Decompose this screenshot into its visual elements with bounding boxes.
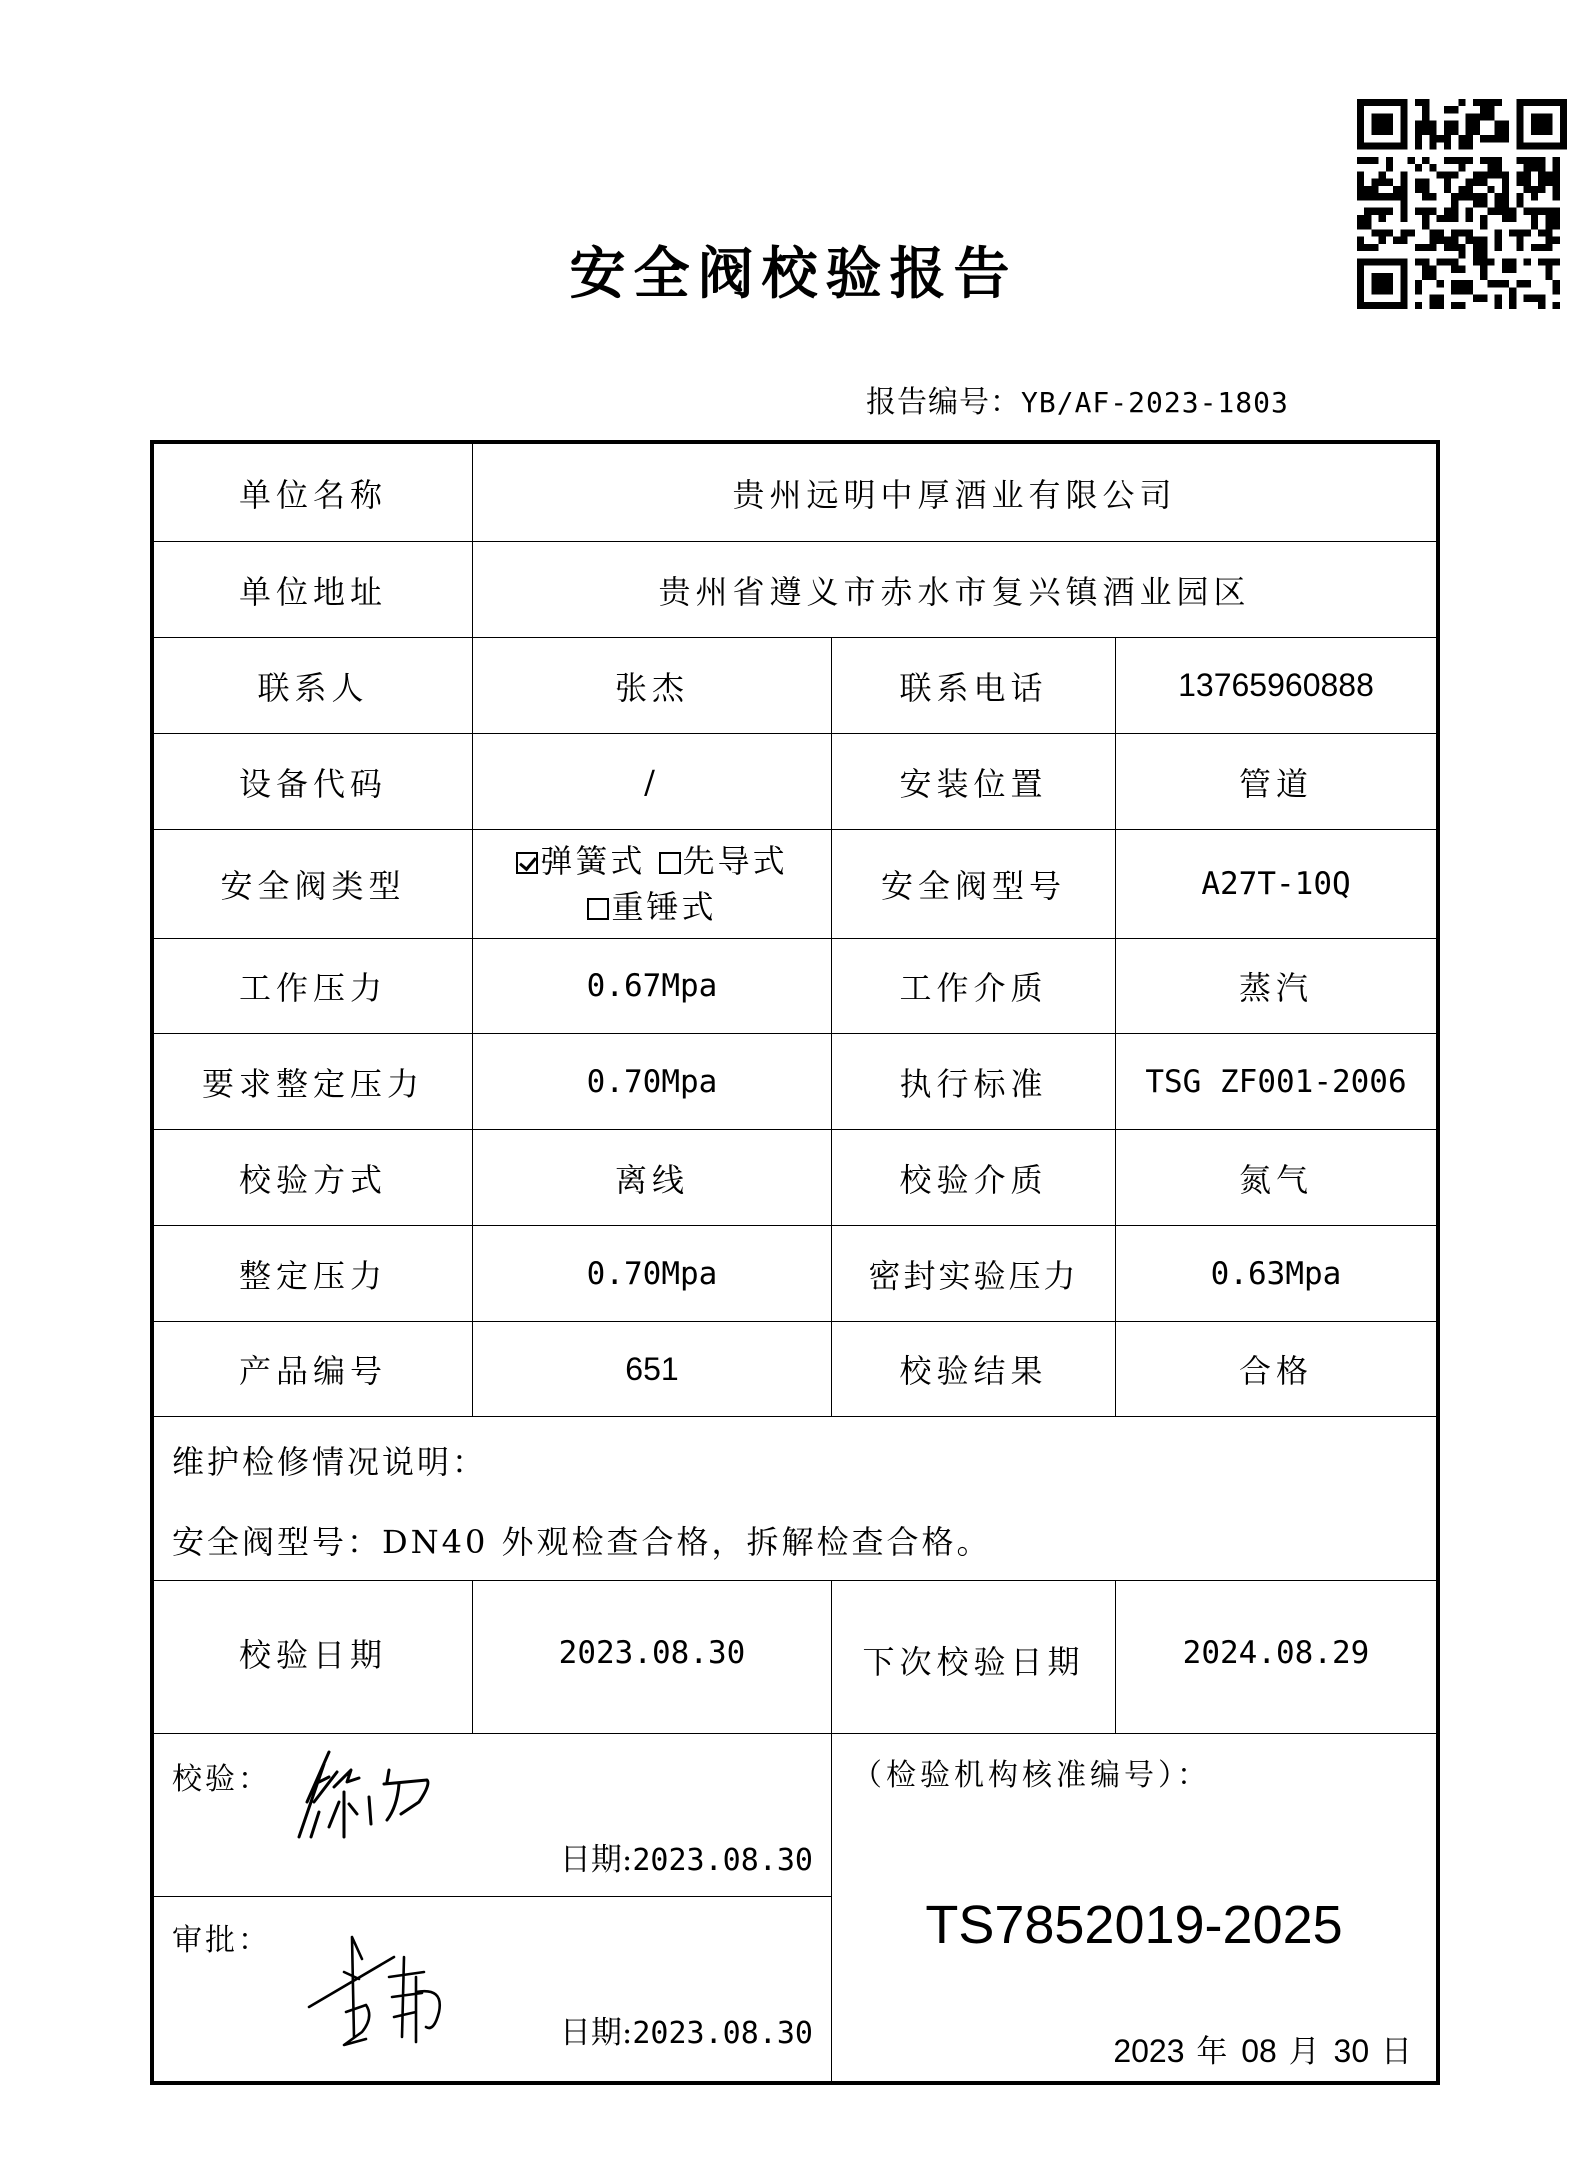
seal-test-pressure-label: 密封实验压力 bbox=[832, 1226, 1116, 1322]
page-title: 安全阀校验报告 bbox=[0, 230, 1587, 310]
company-name-label: 单位名称 bbox=[154, 444, 473, 542]
checkbox-empty-icon[interactable] bbox=[659, 852, 681, 874]
seal-test-pressure-value: 0.63Mpa bbox=[1116, 1226, 1436, 1322]
remarks-text: 安全阀型号：DN40 外观检查合格，拆解检查合格。 bbox=[172, 1517, 992, 1563]
contact-person-value: 张杰 bbox=[473, 638, 832, 734]
approver-signature-icon bbox=[304, 1917, 484, 2067]
set-pressure-label: 整定压力 bbox=[154, 1226, 473, 1322]
approver-label: 审批： bbox=[172, 1915, 271, 1959]
contact-phone-label: 联系电话 bbox=[832, 638, 1116, 734]
inspector-date: 日期:2023.08.30 bbox=[560, 1834, 813, 1879]
company-address-label: 单位地址 bbox=[154, 542, 473, 638]
standard-label: 执行标准 bbox=[832, 1034, 1116, 1130]
check-date-label: 校验日期 bbox=[154, 1581, 473, 1734]
standard-value: TSG ZF001-2006 bbox=[1116, 1034, 1436, 1130]
device-code-value: / bbox=[473, 734, 832, 830]
install-location-label: 安装位置 bbox=[832, 734, 1116, 830]
remarks-title: 维护检修情况说明： bbox=[172, 1437, 487, 1483]
approver-signature-block: 审批： 日期:2023.08.30 bbox=[154, 1897, 832, 2085]
install-location-value: 管道 bbox=[1116, 734, 1436, 830]
report-number-value: YB/AF-2023-1803 bbox=[1021, 386, 1289, 419]
check-medium-label: 校验介质 bbox=[832, 1130, 1116, 1226]
check-method-value: 离线 bbox=[473, 1130, 832, 1226]
organization-approval-block: （检验机构核准编号）： TS7852019-2025 2023 年 08 月 3… bbox=[832, 1734, 1436, 2085]
required-set-pressure-label: 要求整定压力 bbox=[154, 1034, 473, 1130]
next-check-date-value: 2024.08.29 bbox=[1116, 1581, 1436, 1734]
approver-date: 日期:2023.08.30 bbox=[560, 2007, 813, 2052]
check-date-value: 2023.08.30 bbox=[473, 1581, 832, 1734]
valve-type-options: 弹簧式 先导式 重锤式 bbox=[473, 830, 832, 939]
contact-person-label: 联系人 bbox=[154, 638, 473, 734]
product-number-label: 产品编号 bbox=[154, 1322, 473, 1417]
approval-date: 2023 年 08 月 30 日 bbox=[1113, 2026, 1414, 2071]
inspector-signature-icon bbox=[289, 1742, 449, 1852]
set-pressure-value: 0.70Mpa bbox=[473, 1226, 832, 1322]
working-pressure-value: 0.67Mpa bbox=[473, 939, 832, 1034]
valve-type-weight[interactable]: 重锤式 bbox=[587, 888, 716, 926]
product-number-value: 651 bbox=[473, 1322, 832, 1417]
check-medium-value: 氮气 bbox=[1116, 1130, 1436, 1226]
company-address-value: 贵州省遵义市赤水市复兴镇酒业园区 bbox=[473, 542, 1436, 638]
valve-type-pilot[interactable]: 先导式 bbox=[659, 842, 788, 880]
valve-type-label: 安全阀类型 bbox=[154, 830, 473, 939]
required-set-pressure-value: 0.70Mpa bbox=[473, 1034, 832, 1130]
working-medium-label: 工作介质 bbox=[832, 939, 1116, 1034]
inspection-table: 单位名称 贵州远明中厚酒业有限公司 单位地址 贵州省遵义市赤水市复兴镇酒业园区 … bbox=[150, 440, 1440, 2085]
valve-type-spring[interactable]: 弹簧式 bbox=[516, 842, 645, 880]
approval-number-value: TS7852019-2025 bbox=[832, 1894, 1436, 1956]
working-pressure-label: 工作压力 bbox=[154, 939, 473, 1034]
valve-model-value: A27T-10Q bbox=[1116, 830, 1436, 939]
checkbox-empty-icon[interactable] bbox=[587, 898, 609, 920]
approval-number-label: （检验机构核准编号）： bbox=[852, 1750, 1211, 1794]
report-number: 报告编号：YB/AF-2023-1803 bbox=[866, 377, 1289, 421]
working-medium-value: 蒸汽 bbox=[1116, 939, 1436, 1034]
next-check-date-label: 下次校验日期 bbox=[832, 1581, 1116, 1734]
contact-phone-value: 13765960888 bbox=[1116, 638, 1436, 734]
company-name-value: 贵州远明中厚酒业有限公司 bbox=[473, 444, 1436, 542]
device-code-label: 设备代码 bbox=[154, 734, 473, 830]
checkbox-checked-icon[interactable] bbox=[516, 852, 538, 874]
inspector-label: 校验： bbox=[172, 1754, 271, 1798]
report-number-label: 报告编号： bbox=[866, 385, 1021, 420]
check-method-label: 校验方式 bbox=[154, 1130, 473, 1226]
check-result-value: 合格 bbox=[1116, 1322, 1436, 1417]
check-result-label: 校验结果 bbox=[832, 1322, 1116, 1417]
maintenance-remarks: 维护检修情况说明： 安全阀型号：DN40 外观检查合格，拆解检查合格。 bbox=[154, 1417, 1436, 1581]
inspector-signature-block: 校验： 日期:2023.08.30 bbox=[154, 1734, 832, 1897]
valve-model-label: 安全阀型号 bbox=[832, 830, 1116, 939]
